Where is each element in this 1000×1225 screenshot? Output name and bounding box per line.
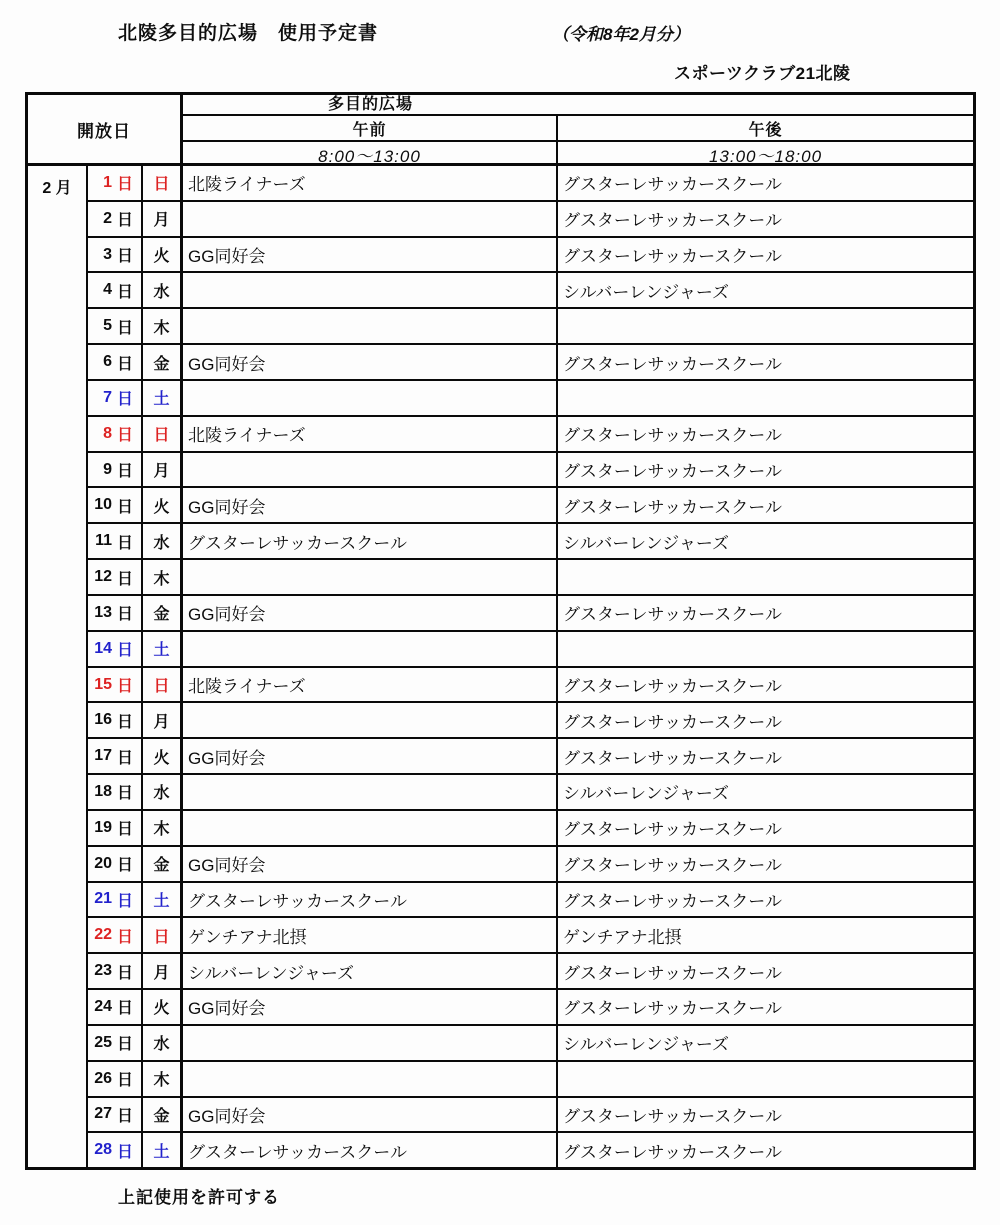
schedule-row: 24 日 火 GG同好会 グスターレサッカースクール	[88, 990, 973, 1026]
weekday-cell: 木	[143, 1062, 183, 1096]
morning-entry-cell	[183, 202, 558, 236]
schedule-row: 6 日 金 GG同好会 グスターレサッカースクール	[88, 345, 973, 381]
schedule-row: 28 日 土 グスターレサッカースクール グスターレサッカースクール	[88, 1133, 973, 1167]
day-number: 26	[94, 1070, 112, 1088]
afternoon-header: 午後	[558, 116, 973, 140]
day-number: 28	[94, 1141, 112, 1159]
morning-entry-cell	[183, 1026, 558, 1060]
day-suffix: 日	[117, 1103, 133, 1126]
morning-entry-cell: 北陵ライナーズ	[183, 166, 558, 200]
morning-entry-cell	[183, 309, 558, 343]
weekday-cell: 土	[143, 1133, 183, 1167]
morning-hours: 8:00～13:00	[183, 142, 558, 167]
afternoon-entry-cell: シルバーレンジャーズ	[558, 524, 973, 558]
afternoon-entry-cell: ゲンチアナ北摂	[558, 918, 973, 952]
table-header-right: 多目的広場 午前 午後 8:00～13:00 13:00～18:00	[183, 95, 973, 163]
day-number: 20	[94, 855, 112, 873]
afternoon-entry-cell: グスターレサッカースクール	[558, 453, 973, 487]
organization-name: スポーツクラブ21北陵	[674, 59, 851, 84]
day-number: 21	[94, 890, 112, 908]
weekday-cell: 火	[143, 990, 183, 1024]
schedule-row: 19 日 木 グスターレサッカースクール	[88, 811, 973, 847]
day-number: 3	[103, 246, 112, 264]
day-cell: 1 日	[88, 166, 143, 200]
afternoon-entry-cell: グスターレサッカースクール	[558, 202, 973, 236]
afternoon-entry-cell: シルバーレンジャーズ	[558, 273, 973, 307]
day-cell: 28 日	[88, 1133, 143, 1167]
morning-entry-cell: GG同好会	[183, 990, 558, 1024]
day-suffix: 日	[117, 1067, 133, 1090]
day-cell: 17 日	[88, 739, 143, 773]
afternoon-entry-cell	[558, 309, 973, 343]
day-suffix: 日	[117, 924, 133, 947]
morning-entry-cell: グスターレサッカースクール	[183, 1133, 558, 1167]
schedule-row: 10 日 火 GG同好会 グスターレサッカースクール	[88, 488, 973, 524]
day-cell: 22 日	[88, 918, 143, 952]
schedule-row: 21 日 土 グスターレサッカースクール グスターレサッカースクール	[88, 883, 973, 919]
facility-header-row: 多目的広場	[183, 95, 973, 116]
morning-entry-cell	[183, 632, 558, 666]
day-number: 12	[94, 568, 112, 586]
weekday-cell: 水	[143, 775, 183, 809]
day-number: 13	[94, 604, 112, 622]
schedule-row: 3 日 火 GG同好会 グスターレサッカースクール	[88, 238, 973, 274]
afternoon-entry-cell: シルバーレンジャーズ	[558, 775, 973, 809]
schedule-row: 18 日 水 シルバーレンジャーズ	[88, 775, 973, 811]
day-suffix: 日	[117, 673, 133, 696]
day-number: 23	[94, 962, 112, 980]
schedule-row: 16 日 月 グスターレサッカースクール	[88, 703, 973, 739]
day-suffix: 日	[117, 709, 133, 732]
day-number: 11	[95, 532, 112, 550]
afternoon-entry-cell: グスターレサッカースクール	[558, 1133, 973, 1167]
day-suffix: 日	[117, 494, 133, 517]
schedule-row: 22 日 日 ゲンチアナ北摂 ゲンチアナ北摂	[88, 918, 973, 954]
schedule-row: 14 日 土	[88, 632, 973, 668]
schedule-row: 23 日 月 シルバーレンジャーズ グスターレサッカースクール	[88, 954, 973, 990]
weekday-cell: 日	[143, 668, 183, 702]
morning-entry-cell: 北陵ライナーズ	[183, 417, 558, 451]
afternoon-entry-cell	[558, 381, 973, 415]
weekday-cell: 火	[143, 739, 183, 773]
afternoon-entry-cell: グスターレサッカースクール	[558, 739, 973, 773]
morning-entry-cell: GG同好会	[183, 739, 558, 773]
table-header: 開放日 多目的広場 午前 午後 8:00～13:00 13:00～18:00	[28, 95, 973, 166]
day-number: 5	[103, 317, 112, 335]
afternoon-entry-cell	[558, 1062, 973, 1096]
schedule-sheet: 北陵多目的広場 使用予定書 （令和8年2月分） スポーツクラブ21北陵 開放日 …	[0, 0, 1000, 1225]
day-cell: 9 日	[88, 453, 143, 487]
schedule-row: 8 日 日 北陵ライナーズ グスターレサッカースクール	[88, 417, 973, 453]
afternoon-entry-cell	[558, 632, 973, 666]
weekday-cell: 月	[143, 453, 183, 487]
weekday-cell: 日	[143, 417, 183, 451]
weekday-cell: 土	[143, 632, 183, 666]
day-number: 16	[94, 711, 112, 729]
day-cell: 8 日	[88, 417, 143, 451]
day-cell: 26 日	[88, 1062, 143, 1096]
day-cell: 6 日	[88, 345, 143, 379]
morning-entry-cell: GG同好会	[183, 847, 558, 881]
afternoon-entry-cell: グスターレサッカースクール	[558, 703, 973, 737]
day-cell: 25 日	[88, 1026, 143, 1060]
weekday-cell: 水	[143, 524, 183, 558]
schedule-row: 27 日 金 GG同好会 グスターレサッカースクール	[88, 1098, 973, 1134]
weekday-cell: 水	[143, 1026, 183, 1060]
weekday-cell: 木	[143, 560, 183, 594]
day-cell: 10 日	[88, 488, 143, 522]
day-cell: 15 日	[88, 668, 143, 702]
page-title: 北陵多目的広場 使用予定書	[118, 18, 378, 45]
weekday-cell: 金	[143, 596, 183, 630]
day-suffix: 日	[117, 458, 133, 481]
morning-entry-cell	[183, 1062, 558, 1096]
day-suffix: 日	[117, 207, 133, 230]
morning-entry-cell: GG同好会	[183, 488, 558, 522]
morning-entry-cell	[183, 273, 558, 307]
weekday-cell: 金	[143, 1098, 183, 1132]
day-suffix: 日	[117, 386, 133, 409]
afternoon-entry-cell: シルバーレンジャーズ	[558, 1026, 973, 1060]
afternoon-entry-cell: グスターレサッカースクール	[558, 238, 973, 272]
schedule-row: 5 日 木	[88, 309, 973, 345]
day-number: 24	[94, 998, 112, 1016]
day-suffix: 日	[117, 601, 133, 624]
day-number: 14	[94, 640, 112, 658]
day-suffix: 日	[117, 960, 133, 983]
schedule-row: 12 日 木	[88, 560, 973, 596]
weekday-cell: 月	[143, 202, 183, 236]
day-cell: 13 日	[88, 596, 143, 630]
weekday-cell: 木	[143, 811, 183, 845]
day-number: 9	[103, 461, 112, 479]
day-cell: 23 日	[88, 954, 143, 988]
afternoon-entry-cell: グスターレサッカースクール	[558, 811, 973, 845]
morning-entry-cell	[183, 453, 558, 487]
day-number: 8	[103, 425, 112, 443]
day-suffix: 日	[117, 530, 133, 553]
day-suffix: 日	[117, 852, 133, 875]
day-cell: 12 日	[88, 560, 143, 594]
day-suffix: 日	[117, 315, 133, 338]
table-body: 2 月 1 日 日 北陵ライナーズ グスターレサッカースクール 2 日 月 グス…	[28, 166, 973, 1167]
day-number: 17	[94, 747, 112, 765]
morning-entry-cell	[183, 560, 558, 594]
day-number: 25	[94, 1034, 112, 1052]
day-cell: 18 日	[88, 775, 143, 809]
schedule-row: 2 日 月 グスターレサッカースクール	[88, 202, 973, 238]
day-cell: 14 日	[88, 632, 143, 666]
schedule-row: 9 日 月 グスターレサッカースクール	[88, 453, 973, 489]
day-suffix: 日	[117, 1139, 133, 1162]
day-suffix: 日	[117, 780, 133, 803]
afternoon-entry-cell: グスターレサッカースクール	[558, 954, 973, 988]
morning-header: 午前	[183, 116, 558, 140]
day-cell: 11 日	[88, 524, 143, 558]
morning-entry-cell: GG同好会	[183, 345, 558, 379]
day-number: 6	[103, 353, 112, 371]
day-cell: 7 日	[88, 381, 143, 415]
day-suffix: 日	[117, 745, 133, 768]
day-number: 22	[94, 926, 112, 944]
day-cell: 24 日	[88, 990, 143, 1024]
weekday-cell: 金	[143, 847, 183, 881]
weekday-cell: 日	[143, 918, 183, 952]
facility-header: 多目的広場	[183, 95, 558, 114]
day-suffix: 日	[117, 171, 133, 194]
weekday-cell: 土	[143, 883, 183, 917]
day-suffix: 日	[117, 816, 133, 839]
morning-entry-cell	[183, 811, 558, 845]
morning-entry-cell: 北陵ライナーズ	[183, 668, 558, 702]
afternoon-entry-cell	[558, 560, 973, 594]
day-cell: 20 日	[88, 847, 143, 881]
weekday-cell: 日	[143, 166, 183, 200]
afternoon-entry-cell: グスターレサッカースクール	[558, 668, 973, 702]
day-cell: 4 日	[88, 273, 143, 307]
day-cell: 19 日	[88, 811, 143, 845]
afternoon-entry-cell: グスターレサッカースクール	[558, 166, 973, 200]
schedule-row: 7 日 土	[88, 381, 973, 417]
afternoon-hours: 13:00～18:00	[558, 142, 973, 167]
month-cell: 2 月	[28, 166, 88, 1167]
day-suffix: 日	[117, 243, 133, 266]
schedule-row: 1 日 日 北陵ライナーズ グスターレサッカースクール	[88, 166, 973, 202]
day-number: 10	[94, 496, 112, 514]
morning-entry-cell: グスターレサッカースクール	[183, 883, 558, 917]
day-suffix: 日	[117, 422, 133, 445]
schedule-rows: 1 日 日 北陵ライナーズ グスターレサッカースクール 2 日 月 グスターレサ…	[88, 166, 973, 1167]
morning-entry-cell: グスターレサッカースクール	[183, 524, 558, 558]
day-suffix: 日	[117, 995, 133, 1018]
morning-entry-cell: ゲンチアナ北摂	[183, 918, 558, 952]
afternoon-entry-cell: グスターレサッカースクール	[558, 345, 973, 379]
day-cell: 2 日	[88, 202, 143, 236]
schedule-row: 13 日 金 GG同好会 グスターレサッカースクール	[88, 596, 973, 632]
approval-note: 上記使用を許可する	[118, 1183, 280, 1208]
afternoon-entry-cell: グスターレサッカースクール	[558, 488, 973, 522]
schedule-row: 20 日 金 GG同好会 グスターレサッカースクール	[88, 847, 973, 883]
weekday-cell: 土	[143, 381, 183, 415]
day-number: 2	[103, 210, 112, 228]
ampm-header-row: 午前 午後	[183, 116, 973, 142]
morning-entry-cell: GG同好会	[183, 1098, 558, 1132]
morning-entry-cell: GG同好会	[183, 238, 558, 272]
morning-entry-cell	[183, 381, 558, 415]
day-cell: 21 日	[88, 883, 143, 917]
day-suffix: 日	[117, 1031, 133, 1054]
day-number: 18	[94, 783, 112, 801]
afternoon-entry-cell: グスターレサッカースクール	[558, 1098, 973, 1132]
day-suffix: 日	[117, 888, 133, 911]
morning-entry-cell: シルバーレンジャーズ	[183, 954, 558, 988]
weekday-cell: 水	[143, 273, 183, 307]
schedule-row: 25 日 水 シルバーレンジャーズ	[88, 1026, 973, 1062]
day-number: 15	[94, 676, 112, 694]
day-cell: 27 日	[88, 1098, 143, 1132]
weekday-cell: 月	[143, 954, 183, 988]
day-cell: 16 日	[88, 703, 143, 737]
day-suffix: 日	[117, 279, 133, 302]
day-suffix: 日	[117, 566, 133, 589]
schedule-table: 開放日 多目的広場 午前 午後 8:00～13:00 13:00～18:00 2…	[25, 92, 976, 1170]
morning-entry-cell	[183, 775, 558, 809]
schedule-row: 15 日 日 北陵ライナーズ グスターレサッカースクール	[88, 668, 973, 704]
day-cell: 3 日	[88, 238, 143, 272]
open-day-header: 開放日	[28, 95, 183, 163]
schedule-row: 4 日 水 シルバーレンジャーズ	[88, 273, 973, 309]
day-cell: 5 日	[88, 309, 143, 343]
day-number: 4	[103, 281, 112, 299]
weekday-cell: 月	[143, 703, 183, 737]
schedule-row: 11 日 水 グスターレサッカースクール シルバーレンジャーズ	[88, 524, 973, 560]
morning-entry-cell	[183, 703, 558, 737]
afternoon-entry-cell: グスターレサッカースクール	[558, 596, 973, 630]
afternoon-entry-cell: グスターレサッカースクール	[558, 847, 973, 881]
morning-entry-cell: GG同好会	[183, 596, 558, 630]
hours-header-row: 8:00～13:00 13:00～18:00	[183, 142, 973, 167]
day-number: 19	[94, 819, 112, 837]
period-label: （令和8年2月分）	[552, 20, 690, 45]
afternoon-entry-cell: グスターレサッカースクール	[558, 883, 973, 917]
day-number: 1	[103, 174, 112, 192]
weekday-cell: 火	[143, 488, 183, 522]
afternoon-entry-cell: グスターレサッカースクール	[558, 417, 973, 451]
schedule-row: 26 日 木	[88, 1062, 973, 1098]
weekday-cell: 木	[143, 309, 183, 343]
day-number: 7	[103, 389, 112, 407]
weekday-cell: 火	[143, 238, 183, 272]
weekday-cell: 金	[143, 345, 183, 379]
day-suffix: 日	[117, 351, 133, 374]
day-suffix: 日	[117, 637, 133, 660]
schedule-row: 17 日 火 GG同好会 グスターレサッカースクール	[88, 739, 973, 775]
afternoon-entry-cell: グスターレサッカースクール	[558, 990, 973, 1024]
day-number: 27	[94, 1105, 112, 1123]
